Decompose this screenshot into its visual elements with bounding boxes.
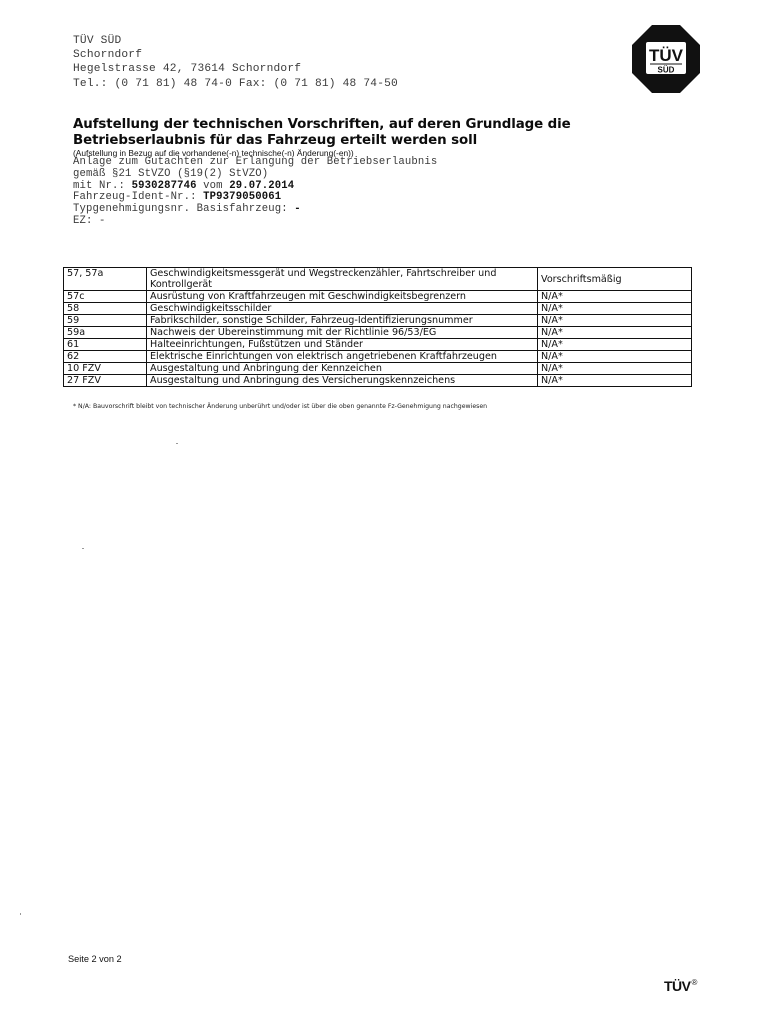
report-date: 29.07.2014 — [229, 180, 294, 192]
tuv-sud-logo-icon: TÜV SÜD — [631, 24, 701, 94]
row-status: N/A* — [538, 351, 692, 363]
row-status: N/A* — [538, 303, 692, 315]
row-paragraph: 59a — [64, 327, 147, 339]
row-status: N/A* — [538, 327, 692, 339]
row-description: Ausrüstung von Kraftfahrzeugen mit Gesch… — [147, 291, 538, 303]
ez-value: - — [99, 215, 106, 227]
table-header-row: 57, 57a Geschwindigkeitsmessgerät und We… — [64, 268, 692, 291]
logo-top-text: TÜV — [649, 46, 684, 65]
ez-label: EZ: — [73, 215, 99, 227]
row-status: N/A* — [538, 315, 692, 327]
ez-line: EZ: - — [73, 216, 437, 228]
header-description: Geschwindigkeitsmessgerät und Wegstrecke… — [147, 268, 538, 291]
row-description: Halteeinrichtungen, Fußstützen und Ständ… — [147, 339, 538, 351]
regulations-table: 57, 57a Geschwindigkeitsmessgerät und We… — [63, 267, 692, 387]
type-approval-line: Typgenehmigungsnr. Basisfahrzeug: - — [73, 204, 437, 216]
table-row: 61Halteeinrichtungen, Fußstützen und Stä… — [64, 339, 692, 351]
row-description: Nachweis der Übereinstimmung mit der Ric… — [147, 327, 538, 339]
row-description: Ausgestaltung und Anbringung der Kennzei… — [147, 363, 538, 375]
table-row: 10 FZVAusgestaltung und Anbringung der K… — [64, 363, 692, 375]
letterhead-phone-fax: Tel.: (0 71 81) 48 74-0 Fax: (0 71 81) 4… — [73, 77, 398, 91]
report-meta: Anlage zum Gutachten zur Erlangung der B… — [73, 157, 437, 228]
row-paragraph: 59 — [64, 315, 147, 327]
letterhead-city: Schorndorf — [73, 48, 398, 62]
table-row: 58GeschwindigkeitsschilderN/A* — [64, 303, 692, 315]
row-status: N/A* — [538, 363, 692, 375]
row-description: Geschwindigkeitsschilder — [147, 303, 538, 315]
header-paragraph: 57, 57a — [64, 268, 147, 291]
row-status: N/A* — [538, 291, 692, 303]
tuv-brand-mark: TÜV® — [664, 978, 697, 994]
footnote: * N/A: Bauvorschrift bleibt von technisc… — [73, 403, 487, 410]
row-status: N/A* — [538, 375, 692, 387]
registered-mark: ® — [692, 978, 697, 987]
scan-speck — [20, 913, 21, 915]
row-description: Elektrische Einrichtungen von elektrisch… — [147, 351, 538, 363]
report-number: 5930287746 — [132, 180, 197, 192]
row-paragraph: 27 FZV — [64, 375, 147, 387]
table-row: 62Elektrische Einrichtungen von elektris… — [64, 351, 692, 363]
scan-speck — [82, 548, 84, 549]
letterhead-address: TÜV SÜD Schorndorf Hegelstrasse 42, 7361… — [73, 34, 398, 91]
logo-bottom-text: SÜD — [658, 66, 675, 75]
document-title: Aufstellung der technischen Vorschriften… — [73, 117, 633, 148]
letterhead-company: TÜV SÜD — [73, 34, 398, 48]
table-row: 27 FZVAusgestaltung und Anbringung des V… — [64, 375, 692, 387]
header-status: Vorschriftsmäßig — [538, 268, 692, 291]
date-label: vom — [197, 180, 230, 192]
letterhead-street: Hegelstrasse 42, 73614 Schorndorf — [73, 62, 398, 76]
vehicle-id: TP9379050061 — [203, 191, 281, 203]
brand-text: TÜV — [664, 978, 691, 994]
table-row: 59aNachweis der Übereinstimmung mit der … — [64, 327, 692, 339]
vehicle-id-label: Fahrzeug-Ident-Nr.: — [73, 191, 203, 203]
row-paragraph: 61 — [64, 339, 147, 351]
type-approval-label: Typgenehmigungsnr. Basisfahrzeug: — [73, 203, 294, 215]
row-description: Ausgestaltung und Anbringung des Versich… — [147, 375, 538, 387]
type-approval-value: - — [294, 203, 301, 215]
row-paragraph: 57c — [64, 291, 147, 303]
row-description: Fabrikschilder, sonstige Schilder, Fahrz… — [147, 315, 538, 327]
row-paragraph: 10 FZV — [64, 363, 147, 375]
table-row: 57cAusrüstung von Kraftfahrzeugen mit Ge… — [64, 291, 692, 303]
row-paragraph: 62 — [64, 351, 147, 363]
table-row: 59Fabrikschilder, sonstige Schilder, Fah… — [64, 315, 692, 327]
report-number-label: mit Nr.: — [73, 180, 132, 192]
scan-speck — [176, 443, 178, 444]
page-number: Seite 2 von 2 — [68, 954, 122, 964]
row-status: N/A* — [538, 339, 692, 351]
row-paragraph: 58 — [64, 303, 147, 315]
